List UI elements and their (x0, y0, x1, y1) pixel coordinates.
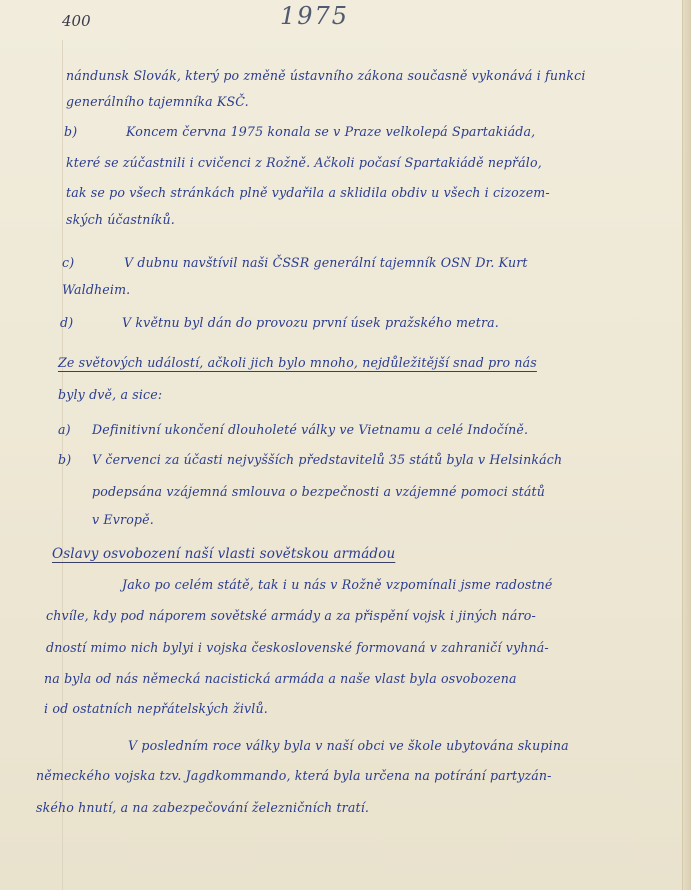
text-line: které se zúčastnili i cvičenci z Rožně. … (66, 155, 542, 170)
text-line: dností mimo nich bylyi i vojska českoslo… (46, 640, 549, 655)
text-line: ského hnutí, a na zabezpečování železnič… (36, 800, 369, 815)
year-heading: 1975 (280, 2, 349, 30)
page-edge (682, 0, 691, 890)
text-line: tak se po všech stránkách plně vydařila … (66, 185, 550, 200)
list-item-a: a)Definitivní ukončení dlouholeté války … (58, 422, 528, 437)
list-item-b: b)Koncem června 1975 konala se v Praze v… (64, 124, 535, 139)
page-number: 400 (62, 12, 91, 30)
text-line: na byla od nás německá nacistická armáda… (44, 671, 517, 686)
text-line: Waldheim. (62, 282, 130, 297)
list-item-b: b)V červenci za účasti nejvyšších předst… (58, 452, 562, 467)
section-heading-liberation: Oslavy osvobození naší vlasti sovětskou … (52, 546, 395, 562)
text-line: chvíle, kdy pod náporem sovětské armády … (46, 608, 536, 623)
text-line: nándunsk Slovák, který po změně ústavníh… (66, 68, 586, 83)
text-line: v Evropě. (92, 512, 154, 527)
text-line: i od ostatních nepřátelských živlů. (44, 701, 268, 716)
list-item-d: d)V květnu byl dán do provozu první úsek… (60, 315, 499, 330)
section-heading-world-events: Ze světových událostí, ačkoli jich bylo … (58, 355, 537, 370)
list-item-c: c)V dubnu navštívil naši ČSSR generální … (62, 255, 528, 270)
text-line: byly dvě, a sice: (58, 387, 162, 402)
text-line: Jako po celém státě, tak i u nás v Rožně… (122, 577, 553, 592)
text-line: V posledním roce války byla v naší obci … (128, 738, 569, 753)
text-line: generálního tajemníka KSČ. (66, 94, 249, 109)
text-line: ských účastníků. (66, 212, 175, 227)
chronicle-page: 400 1975 nándunsk Slovák, který po změně… (0, 0, 691, 890)
text-line: německého vojska tzv. Jagdkommando, kter… (36, 768, 552, 783)
text-line: podepsána vzájemná smlouva o bezpečnosti… (92, 484, 545, 499)
